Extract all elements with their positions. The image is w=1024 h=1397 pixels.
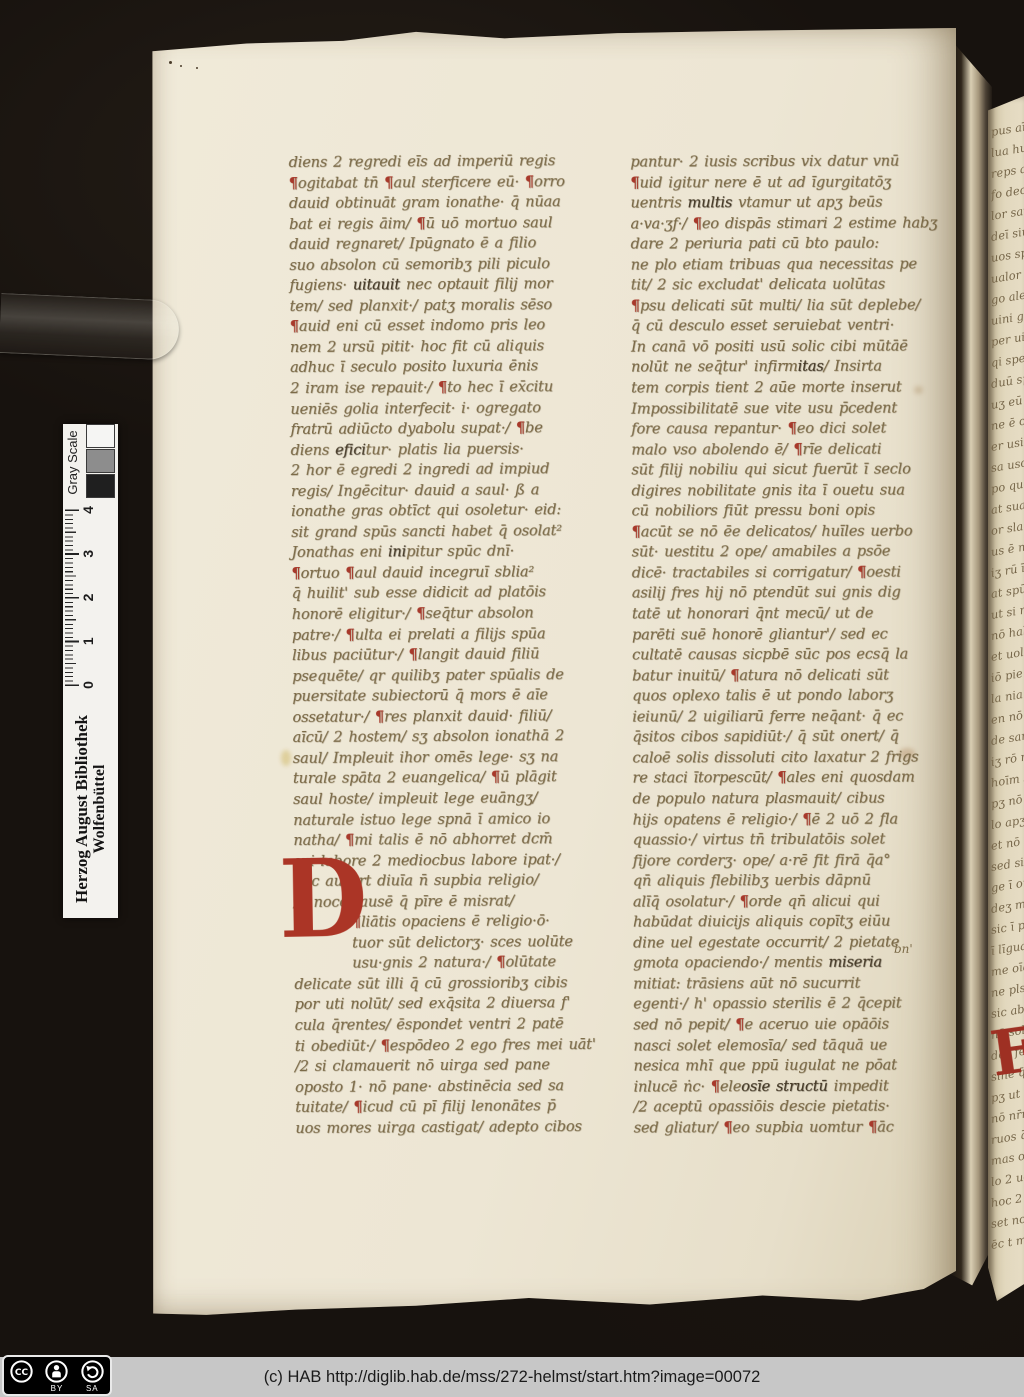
grayscale-patch <box>86 449 115 473</box>
manuscript-line: libus paciūtur·/ ¶langit dauid filiū <box>292 644 592 667</box>
manuscript-line: sūt filij nobiliu qui sicut fuerūt ī sec… <box>631 460 931 482</box>
manuscript-line: /2 si clamauerit nō uirga sed pane <box>295 1055 595 1078</box>
manuscript-line: habūdat diuicijs aliquis copītʒ eiūu <box>633 912 933 934</box>
manuscript-line: nesica mhī que ppū iugulat ne pōat <box>633 1056 933 1078</box>
license-label-sa: SA <box>86 1384 99 1393</box>
cc-logo-item: CC <box>5 1359 38 1384</box>
manuscript-line: fugiens· uitauit nec optauit filij mor <box>289 274 589 297</box>
grayscale-patches <box>86 423 115 498</box>
manuscript-line: ieiunū/ 2 uigiliarū ferre neq̄ant· q̄ ec <box>632 706 932 728</box>
manuscript-line: sed gliatur/ ¶eo supbia uomtur ¶āc <box>634 1117 934 1139</box>
text-column-right: pantur· 2 iusis scribus vix datur vnū¶ui… <box>630 151 933 1138</box>
ink-speck <box>180 65 182 67</box>
parchment-stain <box>281 750 291 766</box>
cc-sa-item: SA <box>76 1359 109 1393</box>
manuscript-line: aīcū/ 2 hostem/ sʒ absolon ionathā 2 <box>293 726 593 749</box>
manuscript-line: nolūt ne seq̄tur' infirmitas/ Insirta <box>631 357 931 379</box>
manuscript-line: ossetatur·/ ¶res planxit dauid· filiū/ <box>292 706 592 729</box>
manuscript-line: uentris multis vtamur ut apʒ beūs <box>630 193 930 215</box>
next-page-sliver: pus aīa delua huporeps a cōfo deo sūlor … <box>988 96 1024 1301</box>
manuscript-line: cū nobiliors fiūt pressu boni opis <box>631 501 931 523</box>
manuscript-line: saul hoste/ impleuit lege euāngʒ/ <box>293 788 593 811</box>
institution-name: Herzog August Bibliothek <box>72 700 91 918</box>
manuscript-line: tit/ 2 sic excludat' delicata uolūtas <box>631 275 931 297</box>
manuscript-line: suo absolon cū semoribʒ pili piculo <box>289 254 589 277</box>
manuscript-line: regis/ Ingēcitur· dauid a saul· ß a <box>291 480 591 503</box>
manuscript-line: tem corpis tient 2 aūe morte inserut <box>631 377 931 399</box>
manuscript-line: ¶ogitabat tn̄ ¶aul sterficere eū· ¶orro <box>289 172 589 195</box>
manuscript-line: q̄ cū desculo esset seruiebat ventri· <box>631 316 931 338</box>
manuscript-line: psequēte/ qr quilibʒ pater spūalis de <box>292 665 592 688</box>
grayscale-label: Gray Scale <box>65 424 80 501</box>
manuscript-line: honorē eligitur·/ ¶seq̄tur absolon <box>292 603 592 626</box>
ink-speck <box>196 67 198 69</box>
manuscript-line: 2 hor ē egredi 2 ingredi ad impiud <box>291 459 591 482</box>
manuscript-line: ueniēs golia interfecit· i· ogregato <box>290 398 590 421</box>
manuscript-line: asilij fres hij nō ptendūt sui gnis dig <box>632 583 932 605</box>
text-column-left: diens 2 regredi eīs ad imperiū regis¶ogi… <box>289 151 596 1139</box>
institution-city: Wolfenbüttel <box>91 700 109 918</box>
grayscale-patch <box>86 424 115 448</box>
share-alike-icon <box>80 1359 105 1384</box>
manuscript-line: turale spāta 2 euangelica/ ¶ū plāgit <box>293 767 593 790</box>
manuscript-line: hijs opatens ē religio·/ ¶ē 2 uō 2 fla <box>633 809 933 831</box>
manuscript-line: dine uel egestate occurrit/ 2 pietate <box>633 932 933 954</box>
manuscript-line: por uti nolūt/ sed exq̄sita 2 diuersa f' <box>294 993 594 1016</box>
manuscript-line: gmota opaciendo·/ mentis miseria <box>633 953 933 975</box>
manuscript-line: batur inuitū/ ¶atura nō delicati sūt <box>632 665 932 687</box>
manuscript-line: cultatē causas sicpbē sūc pos ecsq̄ la <box>632 645 932 667</box>
manuscript-line: nem 2 ursū pitit· hoc fit cū aliquis <box>290 336 590 359</box>
manuscript-line: ¶acūt se nō ēe delicatos/ huīles uerbo <box>632 521 932 543</box>
manuscript-line: re staci ītorpescūt/ ¶ales eni quosdam <box>632 768 932 790</box>
manuscript-line: ne plo etiam tribuas qua necessitas pe <box>631 254 931 276</box>
manuscript-line: mitiat: trāsiens aūt nō sucurrit <box>633 973 933 995</box>
manuscript-line: malo vso abolendo ē/ ¶rīe delicati <box>631 439 931 461</box>
manuscript-line: dauid obtinuāt gram ionathe· q̄ nūaa <box>289 192 589 215</box>
cc-by-item: BY <box>40 1359 73 1393</box>
manuscript-line: ¶ortuo ¶aul dauid incegruī sblia² <box>291 562 591 585</box>
ruler-number: 1 <box>80 636 96 646</box>
manuscript-line: dare 2 periuria pati cū bto paulo: <box>631 234 931 256</box>
manuscript-line: puersitate subiectorū q̄ mors ē aīe <box>292 685 592 708</box>
manuscript-line: a·va·ʒf·/ ¶eo dispās stimari 2 estime ha… <box>630 213 930 235</box>
institution-label: Herzog August Bibliothek Wolfenbüttel <box>63 700 118 918</box>
license-label-by: BY <box>51 1384 64 1393</box>
margin-note: bn' <box>894 942 913 956</box>
manuscript-line: inlucē ṅc· ¶eleosīe structū impedit <box>634 1076 934 1098</box>
manuscript-line: sūt· uestitu 2 ope/ amabiles a psōe <box>632 542 932 564</box>
grayscale-patch <box>86 474 115 498</box>
manuscript-line: quassio·/ virtus tn̄ tribulatōis solet <box>633 830 933 852</box>
manuscript-line: fore causa repantur· ¶eo dici solet <box>631 419 931 441</box>
manuscript-line: delicate sūt illi q̄ cū grossioribʒ cibi… <box>294 973 594 996</box>
manuscript-line: bat ei regis āim/ ¶ū uō mortuo saul <box>289 213 589 236</box>
manuscript-line: /2 aceptū opassiōis descie pietatis· <box>634 1097 934 1119</box>
manuscript-line: dicē· tractabiles si corrigatur/ ¶oesti <box>632 562 932 584</box>
manuscript-line: parēti suē honorē gliantur'/ sed ec <box>632 624 932 646</box>
manuscript-line: sed nō pepit/ ¶e aceruo uie opāōis <box>633 1014 933 1036</box>
manuscript-line: dauid regnaret/ Ipūgnato ē a filio <box>289 233 589 256</box>
manuscript-line: alīq̄ osolatur·/ ¶orde qn̄ alicui qui <box>633 891 933 913</box>
manuscript-line: ti obediūt·/ ¶espōdeo 2 ego fres mei uāt… <box>295 1034 595 1057</box>
manuscript-line: oposto 1· nō pane· abstinēcia sed sa <box>295 1076 595 1099</box>
ruler-number: 0 <box>80 680 96 690</box>
ruler-numbers: 01234 <box>63 488 118 700</box>
cc-license-badge: CC BY SA <box>2 1355 112 1396</box>
manuscript-line: ionathe gras obtīct qui osoletur· eid: <box>291 500 591 523</box>
manuscript-line: In canā vō positi usū solic cibi mūtāē <box>631 336 931 358</box>
manuscript-line: patre·/ ¶ulta ei prelati a filijs spūa <box>292 624 592 647</box>
manuscript-line: digires nobilitate gnis ita ī ouetu sua <box>631 480 931 502</box>
manuscript-line: cula q̄rentes/ ēspondet ventri 2 patē <box>295 1014 595 1037</box>
ruler-number: 3 <box>80 549 96 559</box>
manuscript-line: pantur· 2 iusis scribus vix datur vnū <box>630 151 930 173</box>
ruler-number: 4 <box>80 505 96 515</box>
credit-bar: (c) HAB http://diglib.hab.de/mss/272-hel… <box>0 1357 1024 1397</box>
manuscript-line: q̄sitos cibos sapidiūt·/ q̄ sūt onert/ q… <box>632 727 932 749</box>
ruler-number: 2 <box>80 593 96 603</box>
manuscript-line: ¶psu delicati sūt multi/ lia sūt deplebe… <box>631 295 931 317</box>
calibration-bar-face: Herzog August Bibliothek Wolfenbüttel 01… <box>63 424 118 918</box>
manuscript-line: Jonathas eni inipitur spūc dnī· <box>291 541 591 564</box>
manuscript-line: naturale istuo lege spnā ī amico io <box>293 808 593 831</box>
manuscript-line: ¶auid eni cū esset indomo pris leo <box>290 315 590 338</box>
manuscript-line: q̄ huilit' sub esse didicit ad platōis <box>292 582 592 605</box>
ruler: 01234 <box>63 488 118 700</box>
drop-cap-initial: D <box>278 849 368 950</box>
manuscript-line: fratrū adiūcto dyabolu supat·/ ¶be <box>290 418 590 441</box>
manuscript-line: diens 2 regredi eīs ad imperiū regis <box>289 151 589 174</box>
ink-speck <box>169 61 172 64</box>
manuscript-line: Impossibilitatē sue vite usu p̄cedent <box>631 398 931 420</box>
manuscript-line: uos mores uirga castigat/ adepto cibos <box>295 1117 595 1140</box>
manuscript-line: de populo natura plasmauit/ cibus <box>633 788 933 810</box>
color-calibration-bar: Herzog August Bibliothek Wolfenbüttel 01… <box>63 424 118 918</box>
manuscript-line: saul/ Impleuit ihor omēs lege· sʒ na <box>293 747 593 770</box>
manuscript-line: quos oplexo talis ē ut pondo laborʒ <box>632 686 932 708</box>
page-holder-clip <box>0 293 180 361</box>
manuscript-line: tuitate/ ¶icud cū pī filij lenonātes p̄ <box>295 1096 595 1119</box>
manuscript-line: adhuc ī seculo posito luxuria ēnis <box>290 356 590 379</box>
cc-logo-icon: CC <box>9 1359 34 1384</box>
grayscale-section: Gray Scale <box>63 424 118 501</box>
manuscript-line: tem/ sed planxit·/ patʒ moralis sēso <box>290 295 590 318</box>
manuscript-line: 2 iram ise repauit·/ ¶to hec ī ex̄citu <box>290 377 590 400</box>
manuscript-line: qn̄ aliquis flebilibʒ uerbis dāpnū <box>633 871 933 893</box>
manuscript-line: tatē ut honorari q̄nt mecū/ ut de <box>632 604 932 626</box>
credit-text: (c) HAB http://diglib.hab.de/mss/272-hel… <box>264 1368 761 1387</box>
manuscript-line: diens eficitur· platis lia puersis· <box>291 439 591 462</box>
manuscript-line: caloē solis dissoluti cito laxatur 2 fri… <box>632 747 932 769</box>
next-page-drop-cap-initial: F <box>988 1021 1024 1082</box>
svg-text:CC: CC <box>15 1368 29 1378</box>
manuscript-line: nasci solet elemosīa/ sed tāquā ue <box>633 1035 933 1057</box>
manuscript-line: ¶uid igitur nere ē ut ad īgurgitatōʒ <box>630 172 930 194</box>
manuscript-line: sit grand spūs sancti habet q̄ osolat² <box>291 521 591 544</box>
manuscript-line: egenti·/ h' opassio sterilis ē 2 q̄cepit <box>633 994 933 1016</box>
attribution-person-icon <box>44 1359 69 1384</box>
manuscript-line: fijore corderʒ· ope/ a·rē fit firā q̄a° <box>633 850 933 872</box>
